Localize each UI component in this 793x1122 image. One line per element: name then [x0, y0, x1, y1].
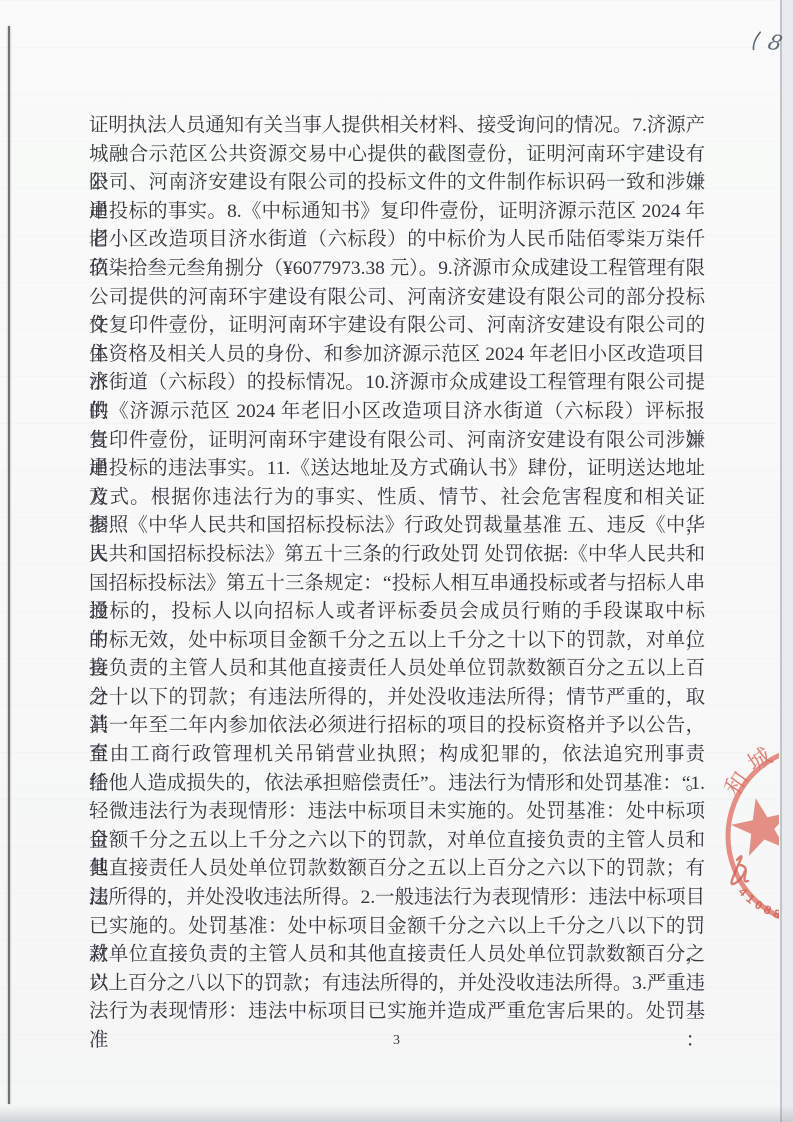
text-line: 已实施的。处罚基准：处中标项目金额千分之六以上千分之八以下的罚款，	[89, 913, 705, 942]
text-line: 体资格及相关人员的身份、和参加济源示范区 2024 年老旧小区改造项目济	[89, 341, 705, 370]
text-line: 公司、河南济安建设有限公司的投标文件的文件制作标识码一致和涉嫌串	[89, 169, 705, 198]
text-line: 之十以下的罚款；有违法所得的，并处没收违法所得；情节严重的，取消	[89, 684, 705, 713]
text-line: 中标无效，处中标项目金额千分之五以上千分之十以下的罚款，对单位直	[89, 627, 705, 656]
text-line: 通投标的事实。8.《中标通知书》复印件壹份，证明济源示范区 2024 年老	[89, 198, 705, 227]
stamp-code: 410881	[736, 885, 779, 925]
text-line: 至由工商行政管理机关吊销营业执照；构成犯罪的，依法追究刑事责任。	[89, 741, 705, 770]
text-line: 方式。根据你违法行为的事实、性质、情节、社会危害程度和相关证据，	[89, 484, 705, 513]
pen-tick-icon	[746, 28, 765, 55]
text-line: 佰柒拾叁元叁角捌分（¥6077973.38 元）。9.济源市众成建设工程管理有限	[89, 255, 705, 284]
scanned-document-page: 8 证明执法人员通知有关当事人提供相关材料、接受询问的情况。7.济源产城融合示范…	[0, 0, 793, 1122]
text-line: 公司提供的河南环宇建设有限公司、河南济安建设有限公司的部分投标文	[89, 284, 705, 313]
official-stamp: 和城乡 410881	[703, 740, 779, 938]
text-line: 城融合示范区公共资源交易中心提供的截图壹份，证明河南环宇建设有限	[89, 141, 705, 170]
text-line: 金额千分之五以上千分之六以下的罚款，对单位直接负责的主管人员和其	[89, 827, 705, 856]
text-line: 参照《中华人民共和国招标投标法》行政处罚裁量基准 五、违反《中华人	[89, 512, 705, 541]
stamp-arc-text: 和城乡	[720, 740, 779, 800]
text-line: 复印件壹份，证明河南环宇建设有限公司、河南济安建设有限公司涉嫌串	[89, 427, 705, 456]
text-line: 接负责的主管人员和其他直接责任人员处单位罚款数额百分之五以上百分	[89, 655, 705, 684]
text-line: 法所得的，并处没收违法所得。2.一般违法行为表现情形：违法中标项目	[89, 884, 705, 913]
scan-edge-right	[780, 0, 793, 1122]
text-line: 轻微违法行为表现情形：违法中标项目未实施的。处罚基准：处中标项目	[89, 798, 705, 827]
text-line: 水街道（六标段）的投标情况。10.济源市众成建设工程管理有限公司提供	[89, 369, 705, 398]
text-line: 民共和国招标投标法》第五十三条的行政处罚 处罚依据:《中华人民共和	[89, 541, 705, 570]
text-line: 的《济源示范区 2024 年老旧小区改造项目济水街道（六标段）评标报告》	[89, 398, 705, 427]
page-number: 3	[0, 1033, 793, 1049]
text-line: 证明执法人员通知有关当事人提供相关材料、接受询问的情况。7.济源产	[89, 112, 705, 141]
document-text: 证明执法人员通知有关当事人提供相关材料、接受询问的情况。7.济源产城融合示范区公…	[89, 112, 705, 1027]
text-line: 通投标的违法事实。11.《送达地址及方式确认书》肆份，证明送达地址及	[89, 455, 705, 484]
text-line: 法行为表现情形：违法中标项目已实施并造成严重危害后果的。处罚基准：	[89, 998, 705, 1027]
text-line: 投标的，投标人以向招标人或者评标委员会成员行贿的手段谋取中标的，	[89, 598, 705, 627]
text-line: 旧小区改造项目济水街道（六标段）的中标价为人民币陆佰零柒万柒仟玖	[89, 226, 705, 255]
text-line: 件复印件壹份，证明河南环宇建设有限公司、河南济安建设有限公司的主	[89, 312, 705, 341]
scan-edge-bottom	[0, 1105, 793, 1122]
scan-edge-left	[8, 26, 10, 1104]
text-line: 以上百分之八以下的罚款；有违法所得的，并处没收违法所得。3.严重违	[89, 970, 705, 999]
text-line: 国招标投标法》第五十三条规定：“投标人相互串通投标或者与招标人串通	[89, 570, 705, 599]
text-line: 对单位直接负责的主管人员和其他直接责任人员处单位罚款数额百分之六	[89, 941, 705, 970]
text-line: 给他人造成损失的，依法承担赔偿责任”。违法行为情形和处罚基准：“1.	[89, 770, 705, 799]
text-line: 其一年至二年内参加依法必须进行招标的项目的投标资格并予以公告，直	[89, 712, 705, 741]
text-line: 他直接责任人员处单位罚款数额百分之五以上百分之六以下的罚款；有违	[89, 855, 705, 884]
